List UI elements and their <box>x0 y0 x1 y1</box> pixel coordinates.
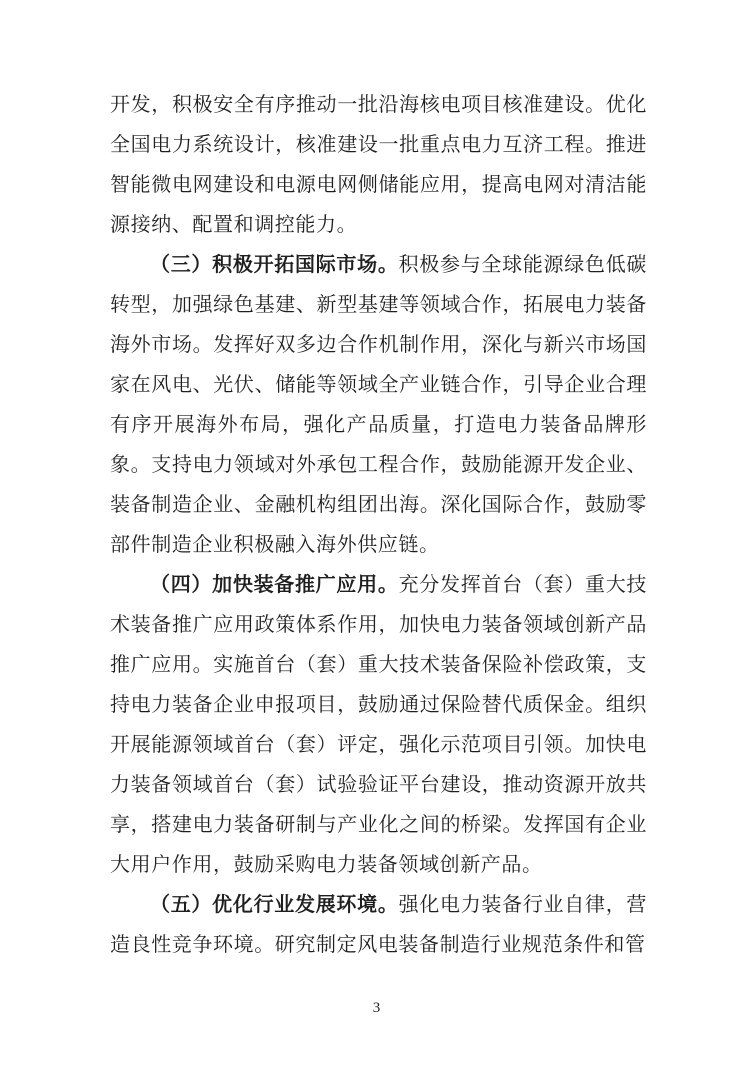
document-body: 开发，积极安全有序推动一批沿海核电项目核准建设。优化全国电力系统设计，核准建设一… <box>110 85 647 965</box>
paragraph-section-3: （三）积极开拓国际市场。积极参与全球能源绿色低碳转型，加强绿色基建、新型基建等领… <box>110 245 647 565</box>
page-number: 3 <box>0 998 753 1018</box>
paragraph-section-4: （四）加快装备推广应用。充分发挥首台（套）重大技术装备推广应用政策体系作用，加快… <box>110 565 647 885</box>
section-heading: （四）加快装备推广应用。 <box>150 574 399 596</box>
document-page: 开发，积极安全有序推动一批沿海核电项目核准建设。优化全国电力系统设计，核准建设一… <box>0 0 753 1075</box>
paragraph-section-5: （五）优化行业发展环境。强化电力装备行业自律，营造良性竞争环境。研究制定风电装备… <box>110 885 647 965</box>
paragraph-text: 积极参与全球能源绿色低碳转型，加强绿色基建、新型基建等领域合作，拓展电力装备海外… <box>110 254 647 556</box>
paragraph-text: 充分发挥首台（套）重大技术装备推广应用政策体系作用，加快电力装备领域创新产品推广… <box>110 574 647 876</box>
section-heading: （三）积极开拓国际市场。 <box>150 254 399 276</box>
paragraph-continuation: 开发，积极安全有序推动一批沿海核电项目核准建设。优化全国电力系统设计，核准建设一… <box>110 85 647 245</box>
section-heading: （五）优化行业发展环境。 <box>150 894 399 916</box>
paragraph-text: 开发，积极安全有序推动一批沿海核电项目核准建设。优化全国电力系统设计，核准建设一… <box>110 94 647 236</box>
